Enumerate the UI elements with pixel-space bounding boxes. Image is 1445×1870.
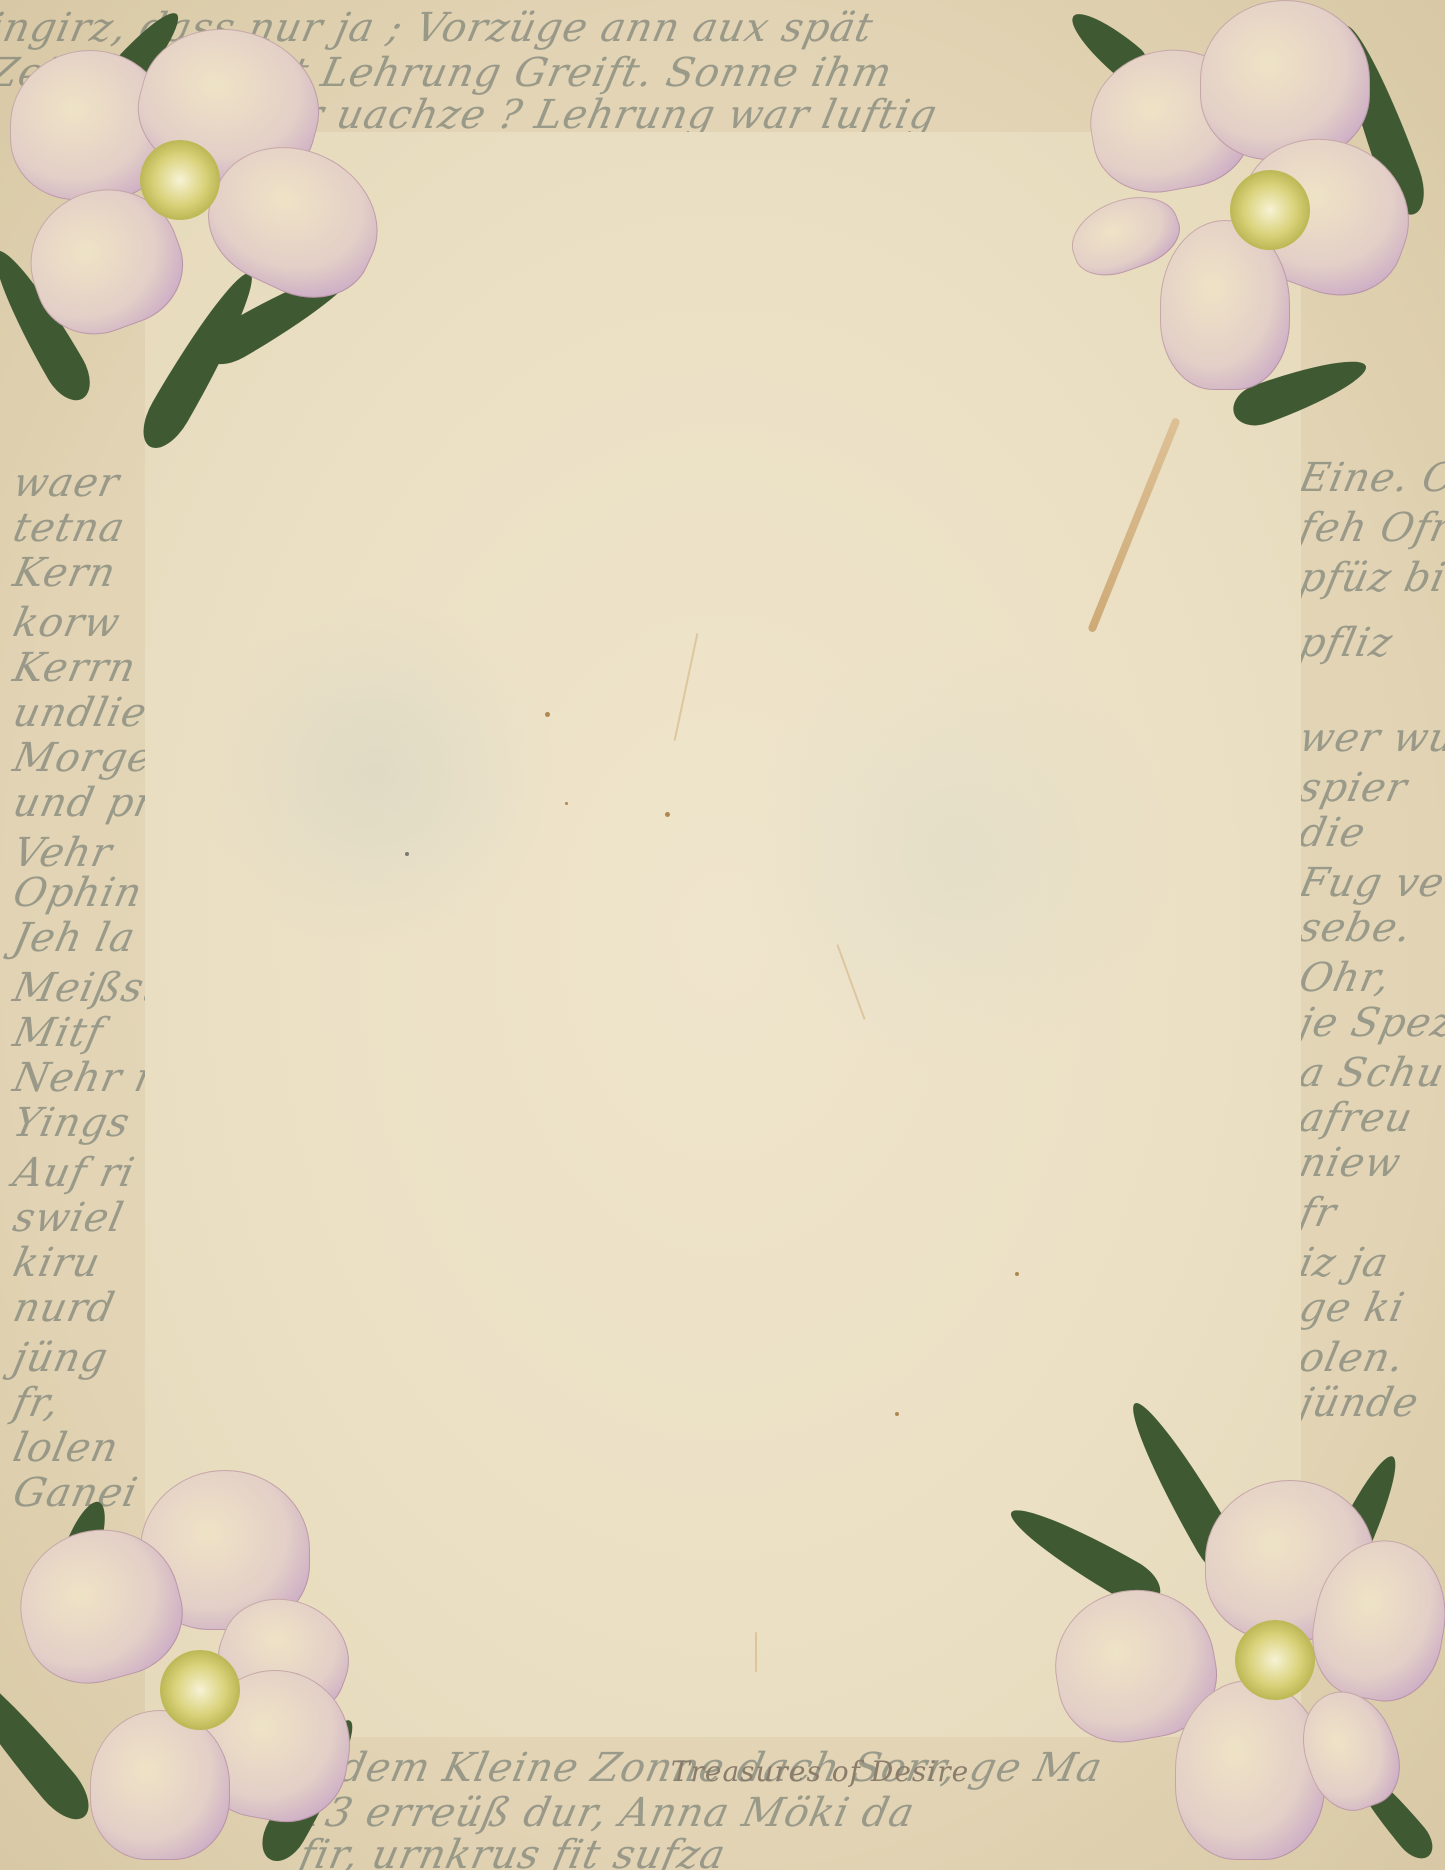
handwriting-line: afreu [1295,1095,1417,1141]
handwriting-line: Kerrn [9,645,140,691]
flower-center [160,1650,240,1730]
handwriting-line: Yings [9,1100,134,1146]
handwriting-line: niew [1295,1140,1405,1186]
handwriting-line: a Schu [1295,1050,1445,1096]
flower-top-left [0,0,400,470]
handwriting-line: ge ki [1295,1285,1409,1331]
handwriting-line: fr, [9,1380,64,1426]
handwriting-line: Eine. Ohr, [1295,455,1445,501]
handwriting-line: pfüz bi [1295,555,1445,601]
handwriting-line: sebe. [1295,905,1416,951]
handwriting-line: tetna [9,505,129,551]
handwriting-line: jüng [9,1335,112,1381]
handwriting-line: Kern [9,550,120,596]
handwriting-line: spier [1295,765,1411,811]
handwriting-line: wer wus [1295,715,1445,761]
handwriting-line: Fug ve [1295,860,1445,906]
handwriting-line: korw [9,600,124,646]
handwriting-line: undlie [9,690,151,736]
handwriting-line: olen. [1295,1335,1409,1381]
handwriting-line: pfliz [1295,620,1397,666]
flower-top-right [1060,0,1445,430]
flower-center [1230,170,1310,250]
handwriting-line: und pr [9,780,159,826]
handwriting-line: iz ja [1295,1240,1393,1286]
handwriting-line: Jeh la [9,915,140,961]
handwriting-line: je Spezi [1295,1000,1445,1046]
handwriting-line: swiel [9,1195,128,1241]
handwriting-line: Auf ri [9,1150,139,1196]
watermark: Treasures of Desire [655,1755,985,1788]
handwriting-line: Morge [9,735,157,781]
flower-bottom-left [0,1470,400,1870]
handwriting-line: Meißst [9,965,166,1011]
flower-center [1235,1620,1315,1700]
handwriting-line: kiru [9,1240,105,1286]
handwriting-line: Mitf [9,1010,107,1056]
handwriting-line: die [1295,810,1370,856]
handwriting-line: feh Ofr [1295,505,1445,551]
flower-center [140,140,220,220]
flower-bottom-right [1045,1390,1445,1870]
handwriting-line: fr [1295,1190,1341,1236]
handwriting-line: nurd [9,1285,119,1331]
handwriting-line: lolen [9,1425,123,1471]
handwriting-line: Ophin [9,870,146,916]
handwriting-line: Ohr, [1295,955,1395,1001]
